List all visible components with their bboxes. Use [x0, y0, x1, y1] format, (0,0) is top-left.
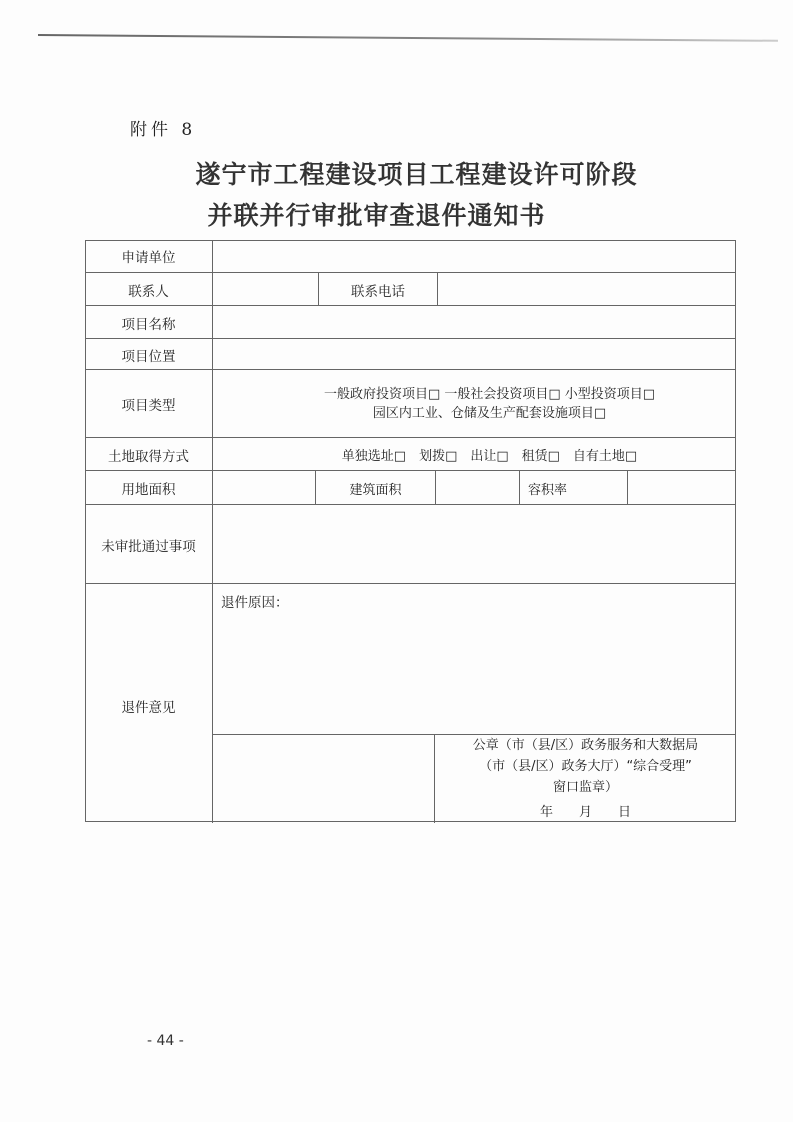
- return-opinion-blank: [212, 734, 434, 823]
- project-location-field[interactable]: [212, 339, 736, 370]
- contact-field[interactable]: [212, 273, 318, 306]
- unapproved-items-field[interactable]: [212, 505, 736, 584]
- row-applicant: 申请单位: [85, 240, 736, 272]
- row-unapproved-items: 未审批通过事项: [85, 504, 736, 584]
- date-line: 年 月 日: [540, 802, 631, 823]
- project-type-label: 项目类型: [85, 370, 212, 438]
- row-contact: 联系人 联系电话: [85, 272, 736, 306]
- applicant-field[interactable]: [212, 240, 736, 272]
- contact-label: 联系人: [85, 273, 212, 306]
- project-location-label: 项目位置: [85, 339, 212, 370]
- row-project-type: 项目类型 一般政府投资项目□ 一般社会投资项目□ 小型投资项目□ 园区内工业、仓…: [85, 369, 736, 438]
- building-area-field[interactable]: [435, 471, 519, 505]
- seal-line3: 窗口监章）: [553, 777, 618, 798]
- return-opinion-label: 退件意见: [85, 584, 212, 823]
- project-name-field[interactable]: [212, 306, 736, 339]
- land-method-options[interactable]: 单独选址□ 划拨□ 出让□ 租赁□ 自有土地□: [212, 438, 736, 471]
- seal-area: 公章（市（县/区）政务服务和大数据局 （市（县/区）政务大厅）“综合受理” 窗口…: [434, 734, 736, 823]
- row-land-method: 土地取得方式 单独选址□ 划拨□ 出让□ 租赁□ 自有土地□: [85, 437, 736, 471]
- unapproved-items-label: 未审批通过事项: [85, 505, 212, 584]
- project-name-label: 项目名称: [85, 306, 212, 339]
- seal-line2: （市（县/区）政务大厅）“综合受理”: [479, 756, 692, 777]
- document-title-line1: 遂宁市工程建设项目工程建设许可阶段: [20, 155, 793, 191]
- phone-field[interactable]: [437, 273, 736, 306]
- land-method-label: 土地取得方式: [85, 438, 212, 471]
- plot-ratio-label: 容积率: [519, 471, 627, 505]
- applicant-label: 申请单位: [85, 240, 212, 272]
- project-type-options[interactable]: 一般政府投资项目□ 一般社会投资项目□ 小型投资项目□ 园区内工业、仓储及生产配…: [212, 370, 736, 438]
- phone-label: 联系电话: [318, 273, 437, 306]
- page-number: - 44 -: [147, 1033, 184, 1049]
- row-project-location: 项目位置: [85, 338, 736, 370]
- header-rule: [38, 34, 778, 42]
- land-area-label: 用地面积: [85, 471, 212, 505]
- building-area-label: 建筑面积: [315, 471, 435, 505]
- return-reason-field[interactable]: 退件原因：: [212, 584, 736, 734]
- plot-ratio-field[interactable]: [627, 471, 736, 505]
- seal-line1: 公章（市（县/区）政务服务和大数据局: [473, 735, 698, 756]
- document-title-line2: 并联并行审批审查退件通知书: [0, 196, 773, 232]
- row-project-name: 项目名称: [85, 305, 736, 339]
- project-type-options-line2[interactable]: 园区内工业、仓储及生产配套设施项目□: [373, 404, 606, 423]
- return-reason-label: 退件原因：: [221, 591, 289, 611]
- row-return-opinion: 退件意见 退件原因： 公章（市（县/区）政务服务和大数据局 （市（县/区）政务大…: [85, 583, 736, 823]
- project-type-options-line1[interactable]: 一般政府投资项目□ 一般社会投资项目□ 小型投资项目□: [324, 385, 655, 404]
- row-areas: 用地面积 建筑面积 容积率: [85, 470, 736, 505]
- land-area-field[interactable]: [212, 471, 315, 505]
- attachment-label: 附件 8: [130, 115, 196, 140]
